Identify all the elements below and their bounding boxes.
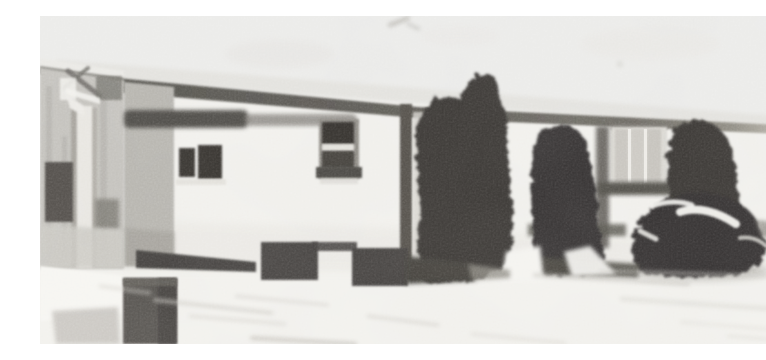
gable-recess <box>95 199 119 229</box>
window-left-pane-1 <box>179 148 195 177</box>
fence-post-shadow-side <box>158 278 177 344</box>
photo-scene <box>40 16 766 344</box>
conifer-1 <box>415 74 513 283</box>
window-centre-bottom-pane <box>322 151 354 168</box>
window-right-mullion-2 <box>644 129 647 183</box>
snow-shadow-patch <box>52 307 120 344</box>
window-right-pane-2 <box>631 129 644 183</box>
window-right-pane-3 <box>647 129 661 183</box>
window-right-sill-bar <box>598 182 678 195</box>
photograph: A blurry monochrome winter photograph: a… <box>40 16 766 344</box>
gable-door <box>45 162 73 222</box>
building-base-shadow <box>40 224 124 268</box>
gate-pier-1 <box>261 242 318 280</box>
window-right-mullion-1 <box>628 129 631 183</box>
window-centre-transom <box>322 144 354 151</box>
window-left-pane-2 <box>198 145 222 179</box>
gate-rail <box>312 242 357 251</box>
window-left <box>176 145 226 185</box>
canopy-shadow <box>124 110 248 128</box>
gate-pier-2 <box>352 248 408 286</box>
fence-post-top-light <box>123 278 177 286</box>
window-left-sill <box>176 179 226 185</box>
window-centre-top-pane <box>322 122 354 144</box>
window-centre-sill <box>316 167 362 178</box>
window-centre-sill-light <box>320 178 358 184</box>
fence-post <box>123 278 177 344</box>
window-right-pane-1 <box>615 129 628 183</box>
window-centre <box>316 119 362 184</box>
